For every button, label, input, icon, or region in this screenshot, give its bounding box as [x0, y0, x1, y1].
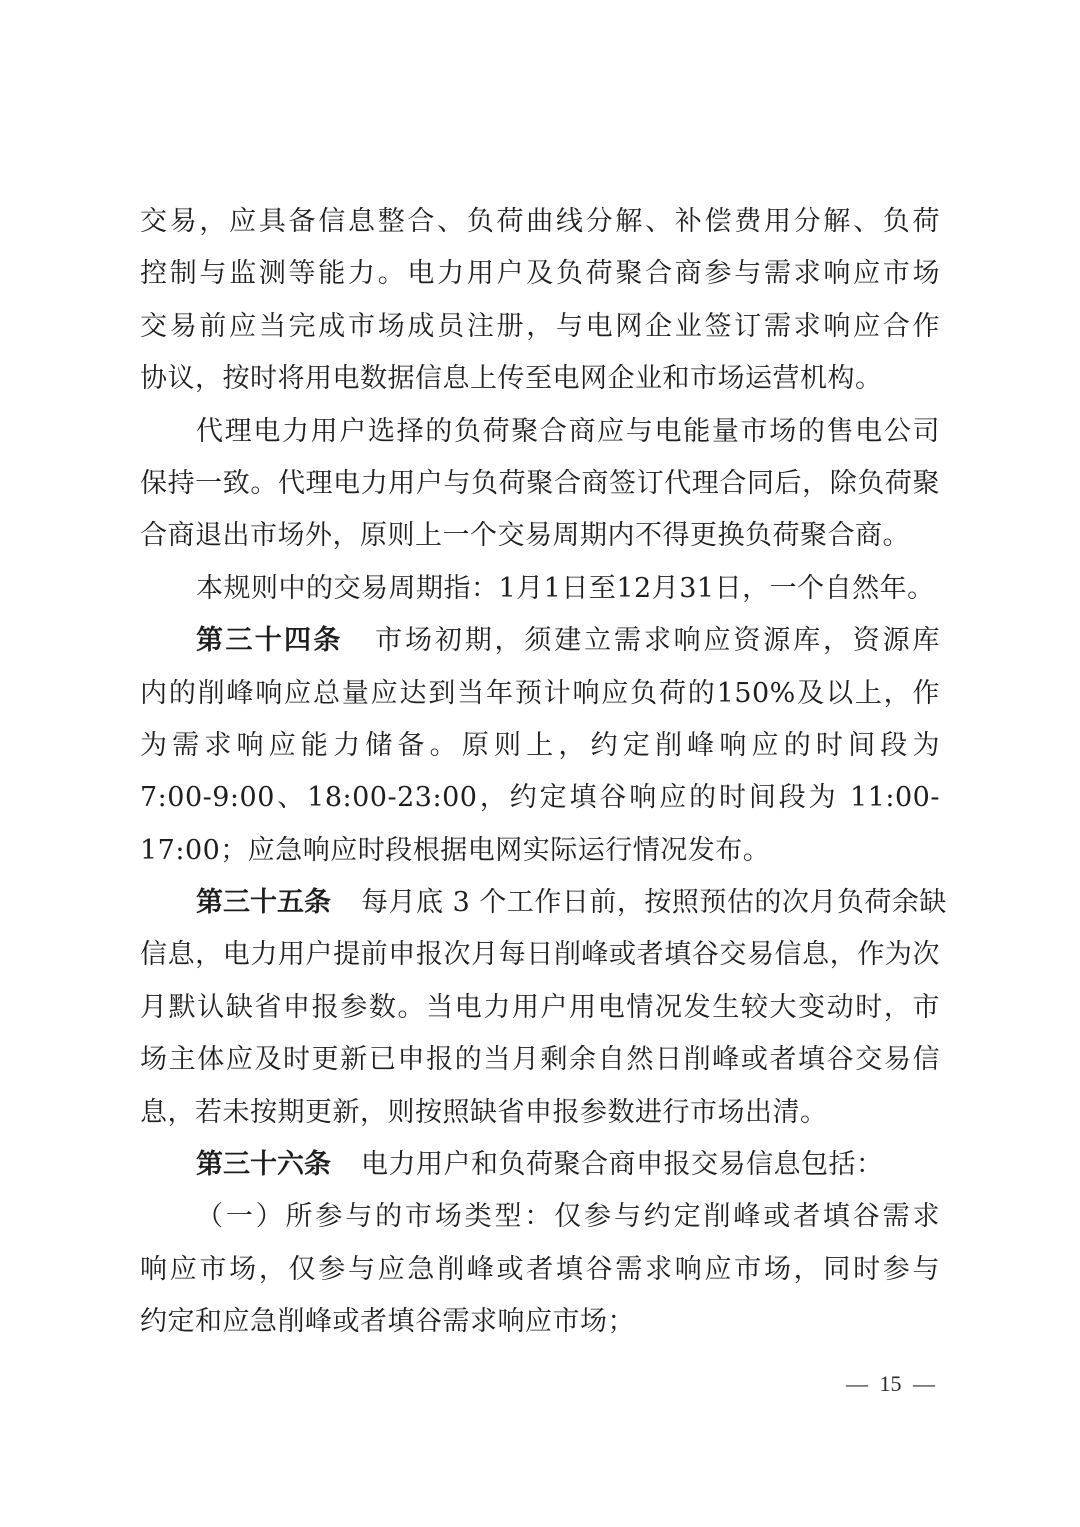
text-line: 17:00；应急响应时段根据电网实际运行情况发布。: [140, 825, 940, 877]
paragraph-agent: 代理电力用户选择的负荷聚合商应与电能量市场的售电公司 保持一致。代理电力用户与负…: [140, 406, 940, 563]
article-first-line: 电力用户和负荷聚合商申报交易信息包括：: [361, 1149, 884, 1180]
text-line: 第三十六条电力用户和负荷聚合商申报交易信息包括：: [140, 1139, 940, 1191]
article-34: 第三十四条市场初期，须建立需求响应资源库，资源库 内的削峰响应总量应达到当年预计…: [140, 615, 940, 877]
document-page: 交易，应具备信息整合、负荷曲线分解、补偿费用分解、负荷 控制与监测等能力。电力用…: [0, 0, 1080, 1527]
text-line: 内的削峰响应总量应达到当年预计响应负荷的150%及以上，作: [140, 668, 940, 720]
text-line: 代理电力用户选择的负荷聚合商应与电能量市场的售电公司: [140, 406, 940, 458]
paragraph-trading-period: 本规则中的交易周期指：1月1日至12月31日，一个自然年。: [140, 563, 940, 615]
article-heading: 第三十四条: [196, 625, 343, 656]
article-36: 第三十六条电力用户和负荷聚合商申报交易信息包括： （一）所参与的市场类型：仅参与…: [140, 1139, 940, 1349]
text-line: 保持一致。代理电力用户与负荷聚合商签订代理合同后，除负荷聚: [140, 458, 940, 510]
text-line: 约定和应急削峰或者填谷需求响应市场；: [140, 1296, 940, 1348]
text-line: 月默认缺省申报参数。当电力用户用电情况发生较大变动时，市: [140, 982, 940, 1034]
text-line: 场主体应及时更新已申报的当月剩余自然日削峰或者填谷交易信: [140, 1034, 940, 1086]
article-item-1: （一）所参与的市场类型：仅参与约定削峰或者填谷需求 响应市场，仅参与应急削峰或者…: [140, 1191, 940, 1348]
document-body: 交易，应具备信息整合、负荷曲线分解、补偿费用分解、负荷 控制与监测等能力。电力用…: [140, 196, 940, 1349]
text-line: 第三十五条每月底 3 个工作日前，按照预估的次月负荷余缺: [140, 877, 940, 929]
text-line: 信息，电力用户提前申报次月每日削峰或者填谷交易信息，作为次: [140, 929, 940, 981]
text-line: 合商退出市场外，原则上一个交易周期内不得更换负荷聚合商。: [140, 510, 940, 562]
paragraph-continuation: 交易，应具备信息整合、负荷曲线分解、补偿费用分解、负荷 控制与监测等能力。电力用…: [140, 196, 940, 406]
text-line: （一）所参与的市场类型：仅参与约定削峰或者填谷需求: [140, 1191, 940, 1243]
text-line: 7:00-9:00、18:00-23:00，约定填谷响应的时间段为 11:00-: [140, 772, 940, 824]
article-heading: 第三十六条: [196, 1149, 331, 1180]
text-line: 协议，按时将用电数据信息上传至电网企业和市场运营机构。: [140, 353, 940, 405]
text-line: 第三十四条市场初期，须建立需求响应资源库，资源库: [140, 615, 940, 667]
text-line: 交易前应当完成市场成员注册，与电网企业签订需求响应合作: [140, 301, 940, 353]
text-line: 本规则中的交易周期指：1月1日至12月31日，一个自然年。: [140, 563, 940, 615]
text-line: 为需求响应能力储备。原则上，约定削峰响应的时间段为: [140, 720, 940, 772]
text-line: 交易，应具备信息整合、负荷曲线分解、补偿费用分解、负荷: [140, 196, 940, 248]
article-first-line: 市场初期，须建立需求响应资源库，资源库: [373, 625, 940, 656]
text-line: 控制与监测等能力。电力用户及负荷聚合商参与需求响应市场: [140, 248, 940, 300]
article-35: 第三十五条每月底 3 个工作日前，按照预估的次月负荷余缺 信息，电力用户提前申报…: [140, 877, 940, 1139]
text-line: 息，若未按期更新，则按照缺省申报参数进行市场出清。: [140, 1087, 940, 1139]
page-number: — 15 —: [846, 1371, 935, 1397]
article-heading: 第三十五条: [196, 887, 331, 918]
text-line: 响应市场，仅参与应急削峰或者填谷需求响应市场，同时参与: [140, 1244, 940, 1296]
article-first-line: 每月底 3 个工作日前，按照预估的次月负荷余缺: [361, 887, 947, 918]
